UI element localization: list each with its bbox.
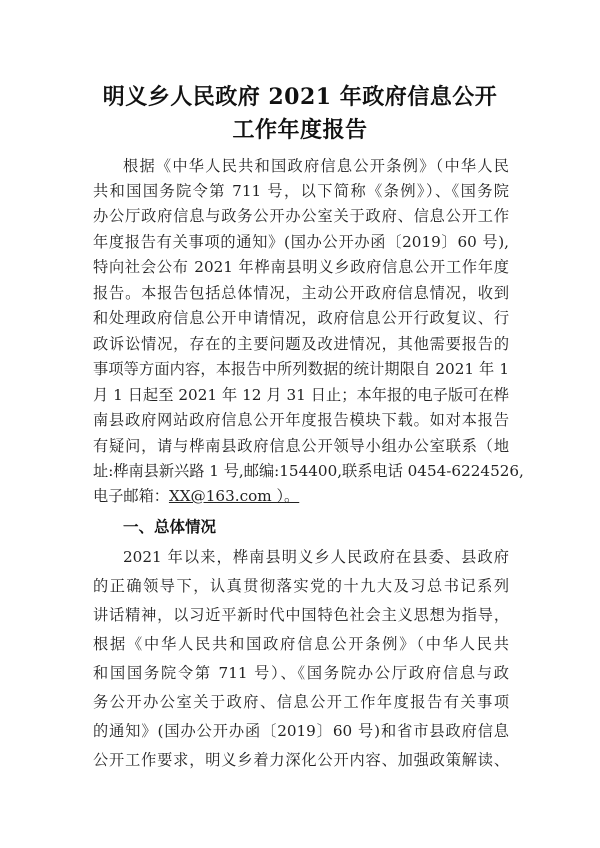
paragraph-line: 和国国务院令第 711 号）、《国务院办公厅政府信息与政 — [93, 663, 509, 683]
paragraph-line: 月 1 日起至 2021 年 12 月 31 日止；本年报的电子版可在桦 — [93, 385, 509, 405]
paragraph-line: 事项等方面内容，本报告中所列数据的统计期限自 2021 年 1 — [93, 359, 509, 379]
document-title-line-1: 明义乡人民政府 2021 年政府信息公开 — [0, 80, 600, 111]
section-heading-overview: 一、总体情况 — [123, 515, 216, 537]
paragraph-line: 特向社会公布 2021 年桦南县明义乡政府信息公开工作年度 — [93, 257, 509, 277]
paragraph-line: 南县政府网站政府信息公开年度报告模块下载。如对本报告 — [93, 410, 509, 430]
paragraph-line: 年度报告有关事项的通知》(国办公开办函〔2019〕60 号), — [93, 232, 509, 252]
paragraph-line: 和处理政府信息公开申请情况，政府信息公开行政复议、行 — [93, 308, 509, 328]
paragraph-line: 政诉讼情况，存在的主要问题及改进情况，其他需要报告的 — [93, 334, 509, 354]
paragraph-line: 报告。本报告包括总体情况，主动公开政府信息情况，收到 — [93, 283, 509, 303]
paragraph-line: 2021 年以来，桦南县明义乡人民政府在县委、县政府 — [123, 547, 509, 567]
paragraph-line: 讲话精神，以习近平新时代中国特色社会主义思想为指导， — [93, 605, 509, 625]
paragraph-line: 址:桦南县新兴路 1 号,邮编:154400,联系电话 0454-6224526… — [93, 461, 509, 481]
paragraph-line: 务公开办公室关于政府、信息公开工作年度报告有关事项 — [93, 692, 509, 712]
email-label: 电子邮箱： — [93, 487, 169, 505]
paragraph-line: 根据《中华人民共和国政府信息公开条例》（中华人民 — [123, 156, 509, 176]
document-title-line-2: 工作年度报告 — [0, 113, 600, 144]
email-link[interactable]: XX@163.com ）。 — [169, 487, 299, 505]
paragraph-line: 共和国国务院令第 711 号，以下简称《条例》）、《国务院 — [93, 181, 509, 201]
paragraph-line: 根据《中华人民共和国政府信息公开条例》（中华人民共 — [93, 634, 509, 654]
paragraph-line: 的正确领导下，认真贯彻落实党的十九大及习总书记系列 — [93, 576, 509, 596]
paragraph-line: 有疑问，请与桦南县政府信息公开领导小组办公室联系（地 — [93, 436, 509, 456]
paragraph-line: 办公厅政府信息与政务公开办公室关于政府、信息公开工作 — [93, 206, 509, 226]
paragraph-line: 公开工作要求，明义乡着力深化公开内容、加强政策解读、 — [93, 750, 509, 770]
email-line: 电子邮箱：XX@163.com ）。 — [93, 486, 509, 506]
paragraph-line: 的通知》(国办公开办函〔2019〕60 号)和省市县政府信息 — [93, 721, 509, 741]
